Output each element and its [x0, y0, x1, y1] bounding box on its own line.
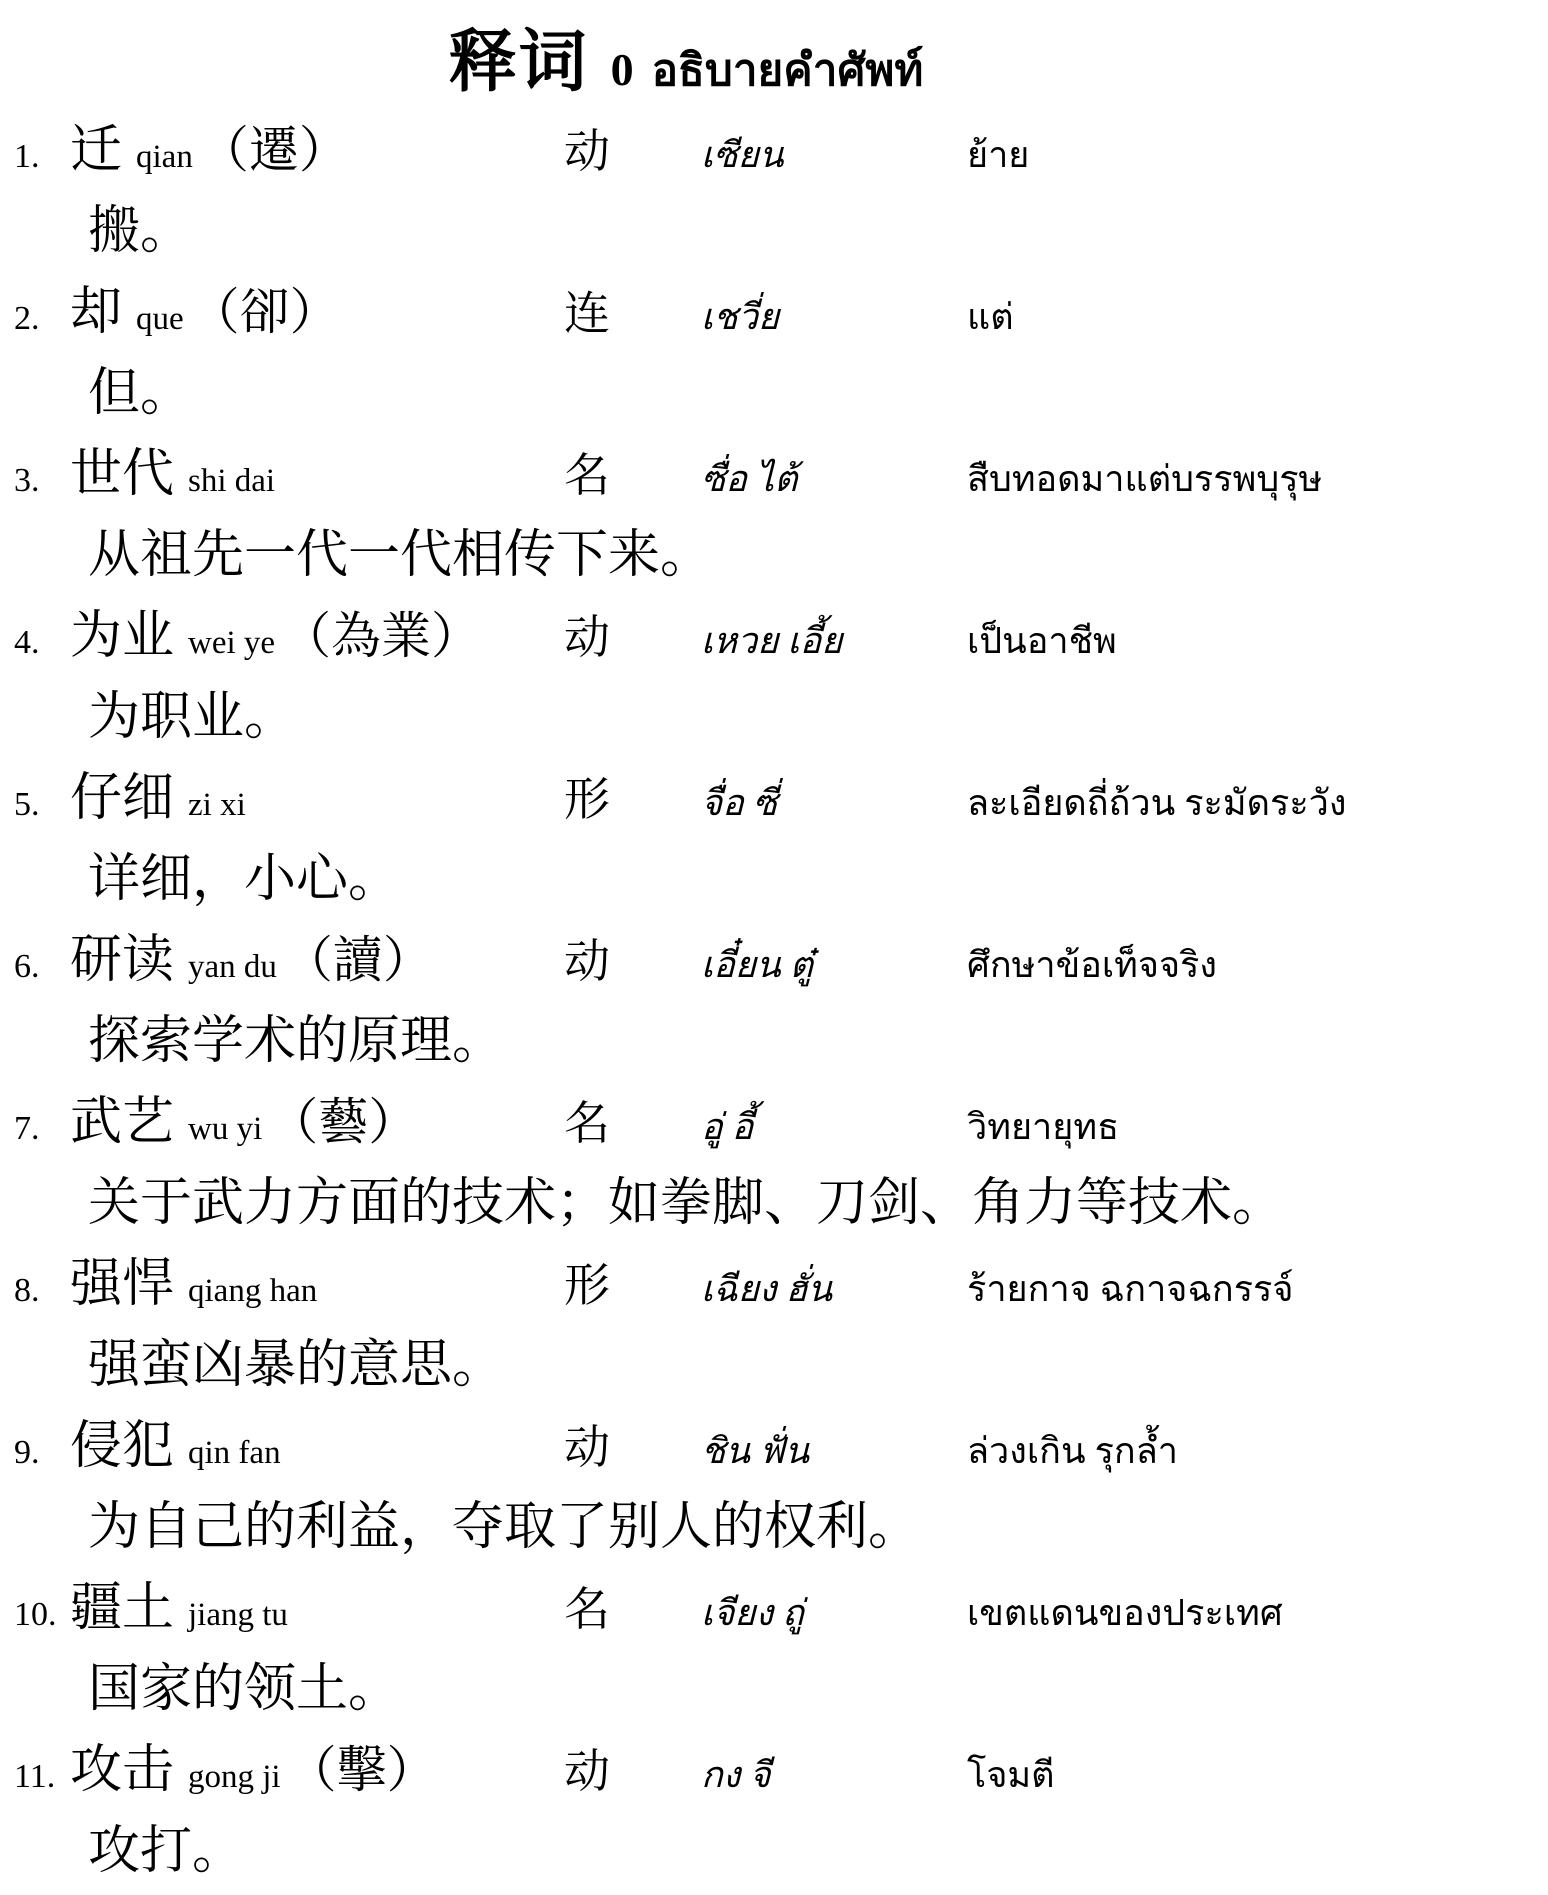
- entry-part-of-speech: 名: [564, 1098, 610, 1149]
- entry-thai-pronunciation: เซียน: [701, 135, 783, 175]
- entry-meaning-cell: สืบทอดมาแต่บรรพบุรุษ: [967, 439, 1322, 527]
- entry-word-cell: 9. 侵犯 qin fan: [14, 1406, 560, 1499]
- title-chinese: 释词: [449, 24, 589, 100]
- entry: 11. 攻击 gong ji （擊） 动 กง จี โจมตี 攻打。: [14, 1730, 1548, 1892]
- entry-number: 11.: [14, 1736, 66, 1817]
- entry: 5. 仔细 zi xi 形 จื่อ ซี่ ละเอียดถี่ถ้วน ระ…: [14, 758, 1548, 920]
- entry-definition-row: 详细，小心。: [14, 839, 1548, 920]
- entry-definition-row: 国家的领土。: [14, 1649, 1548, 1730]
- entry-traditional: （讀）: [283, 932, 433, 988]
- entry-definition-row: 强蛮凶暴的意思。: [14, 1325, 1548, 1406]
- entry-definition: 搬。: [88, 203, 192, 260]
- entry-definition-row: 为职业。: [14, 677, 1548, 758]
- entry-definition-row: 为自己的利益，夺取了别人的权利。: [14, 1487, 1548, 1568]
- entry-traditional: （為業）: [281, 608, 481, 664]
- entry-definition: 强蛮凶暴的意思。: [88, 1337, 504, 1394]
- entry-head-row: 9. 侵犯 qin fan 动 ชิน ฟั่น ล่วงเกิน รุกล้ำ: [14, 1406, 1548, 1487]
- entry-definition-row: 但。: [14, 353, 1548, 434]
- entry-part-of-speech: 形: [564, 1260, 610, 1311]
- entry-thai-meaning: เป็นอาชีพ: [967, 621, 1117, 661]
- entry-part-of-speech: 名: [564, 450, 610, 501]
- entry-pos-cell: 名: [564, 1083, 697, 1175]
- entry-thai-meaning: แต่: [967, 297, 1014, 337]
- entry: 9. 侵犯 qin fan 动 ชิน ฟั่น ล่วงเกิน รุกล้ำ…: [14, 1406, 1548, 1568]
- entry-thai-meaning: วิทยายุทธ: [967, 1107, 1119, 1147]
- entry-definition: 攻打。: [88, 1823, 244, 1880]
- entry-thai-pronunciation: จื่อ ซี่: [701, 783, 777, 823]
- entry-word: 疆土: [70, 1580, 174, 1637]
- entry-number: 9.: [14, 1412, 66, 1493]
- entry-pos-cell: 动: [564, 597, 697, 689]
- entry-head-row: 10. 疆土 jiang tu 名 เจียง ถู่ เขตแดนของประ…: [14, 1568, 1548, 1649]
- entry-traditional: （卻）: [190, 284, 340, 340]
- entry-thai-meaning: ละเอียดถี่ถ้วน ระมัดระวัง: [967, 783, 1346, 823]
- entry-number: 4.: [14, 602, 66, 683]
- entry-head-row: 4. 为业 wei ye （為業） 动 เหวย เอี้ย เป็นอาชีพ: [14, 596, 1548, 677]
- entry-thai-meaning: สืบทอดมาแต่บรรพบุรุษ: [967, 459, 1322, 499]
- entry-word: 却: [70, 284, 122, 341]
- entry-pinyin: yan du: [188, 949, 277, 985]
- entry-thai-meaning: ล่วงเกิน รุกล้ำ: [967, 1431, 1178, 1471]
- entry-definition: 为职业。: [88, 689, 296, 746]
- entry-word-cell: 7. 武艺 wu yi （藝）: [14, 1082, 560, 1175]
- entry-pron-cell: ชิน ฟั่น: [701, 1411, 963, 1499]
- entry-head-row: 11. 攻击 gong ji （擊） 动 กง จี โจมตี: [14, 1730, 1548, 1811]
- entry-number: 7.: [14, 1088, 66, 1169]
- title-number: 0: [611, 44, 634, 95]
- entry-word: 攻击: [70, 1742, 174, 1799]
- entry-pos-cell: 形: [564, 759, 697, 851]
- entry-pinyin: shi dai: [188, 463, 275, 499]
- entry-definition: 详细，小心。: [88, 851, 400, 908]
- entry-number: 5.: [14, 764, 66, 845]
- entry-thai-pronunciation: เจียง ถู่: [701, 1593, 804, 1633]
- entry-pinyin: wu yi: [188, 1111, 262, 1147]
- entry: 1. 迁 qian （遷） 动 เซียน ย้าย 搬。: [14, 110, 1548, 272]
- entry-pos-cell: 形: [564, 1245, 697, 1337]
- entry-head-row: 3. 世代 shi dai 名 ซื่อ ไต้ สืบทอดมาแต่บรรพ…: [14, 434, 1548, 515]
- entry-thai-pronunciation: อู่ อี้: [701, 1107, 753, 1147]
- entry-pron-cell: เหวย เอี้ย: [701, 601, 963, 689]
- entry-word: 侵犯: [70, 1418, 174, 1475]
- entry-meaning-cell: เขตแดนของประเทศ: [967, 1573, 1283, 1661]
- entry-meaning-cell: เป็นอาชีพ: [967, 601, 1117, 689]
- entry-word-cell: 5. 仔细 zi xi: [14, 758, 560, 851]
- entry-number: 6.: [14, 926, 66, 1007]
- glossary-page: 释词 0 อธิบายคำศัพท์ 1. 迁 qian （遷） 动 เซียน…: [0, 0, 1548, 1895]
- entry-meaning-cell: ศึกษาข้อเท็จจริง: [967, 925, 1217, 1013]
- entry-meaning-cell: ร้ายกาจ ฉกาจฉกรรจ์: [967, 1249, 1293, 1337]
- entry-part-of-speech: 动: [564, 126, 610, 177]
- entry-thai-meaning: เขตแดนของประเทศ: [967, 1593, 1283, 1633]
- entry-definition: 关于武力方面的技术；如拳脚、刀剑、角力等技术。: [88, 1175, 1284, 1232]
- entry-part-of-speech: 名: [564, 1584, 610, 1635]
- entry-definition: 探索学术的原理。: [88, 1013, 504, 1070]
- entry-word-cell: 11. 攻击 gong ji （擊）: [14, 1730, 560, 1823]
- entry-head-row: 7. 武艺 wu yi （藝） 名 อู่ อี้ วิทยายุทธ: [14, 1082, 1548, 1163]
- entry-number: 10.: [14, 1574, 66, 1655]
- entry-thai-meaning: ร้ายกาจ ฉกาจฉกรรจ์: [967, 1269, 1293, 1309]
- entry: 3. 世代 shi dai 名 ซื่อ ไต้ สืบทอดมาแต่บรรพ…: [14, 434, 1548, 596]
- entry-word-cell: 1. 迁 qian （遷）: [14, 110, 560, 203]
- entry-thai-pronunciation: ซื่อ ไต้: [701, 459, 798, 499]
- entry-definition-row: 搬。: [14, 191, 1548, 272]
- entry-thai-pronunciation: เหวย เอี้ย: [701, 621, 842, 661]
- entry: 4. 为业 wei ye （為業） 动 เหวย เอี้ย เป็นอาชีพ…: [14, 596, 1548, 758]
- entry-traditional: （藝）: [268, 1094, 418, 1150]
- entry: 10. 疆土 jiang tu 名 เจียง ถู่ เขตแดนของประ…: [14, 1568, 1548, 1730]
- entry-number: 8.: [14, 1250, 66, 1331]
- entry-head-row: 5. 仔细 zi xi 形 จื่อ ซี่ ละเอียดถี่ถ้วน ระ…: [14, 758, 1548, 839]
- entry-pos-cell: 动: [564, 921, 697, 1013]
- entry: 7. 武艺 wu yi （藝） 名 อู่ อี้ วิทยายุทธ 关于武力…: [14, 1082, 1548, 1244]
- entry-definition: 但。: [88, 365, 192, 422]
- entry-traditional: （遷）: [199, 122, 349, 178]
- entry-meaning-cell: ละเอียดถี่ถ้วน ระมัดระวัง: [967, 763, 1346, 851]
- entry-word-cell: 3. 世代 shi dai: [14, 434, 560, 527]
- entry-word-cell: 4. 为业 wei ye （為業）: [14, 596, 560, 689]
- entry-pos-cell: 动: [564, 1407, 697, 1499]
- entry-part-of-speech: 动: [564, 1422, 610, 1473]
- entry-word-cell: 2. 却 que （卻）: [14, 272, 560, 365]
- entry-word-cell: 6. 研读 yan du （讀）: [14, 920, 560, 1013]
- entry-thai-pronunciation: เชวี่ย: [701, 297, 779, 337]
- entry-word: 为业: [70, 608, 174, 665]
- entry-definition: 从祖先一代一代相传下来。: [88, 527, 712, 584]
- entry-pinyin: que: [136, 301, 184, 337]
- entry-pos-cell: 名: [564, 435, 697, 527]
- entry-pos-cell: 名: [564, 1569, 697, 1661]
- entry-thai-meaning: ย้าย: [967, 135, 1029, 175]
- entry-number: 1.: [14, 116, 66, 197]
- entry-definition: 国家的领土。: [88, 1661, 400, 1718]
- entry-pron-cell: ซื่อ ไต้: [701, 439, 963, 527]
- entry-pinyin: qiang han: [188, 1273, 317, 1309]
- entry-word: 强悍: [70, 1256, 174, 1313]
- entry-pron-cell: เจียง ถู่: [701, 1573, 963, 1661]
- entry-pinyin: wei ye: [188, 625, 275, 661]
- entry-definition-row: 探索学术的原理。: [14, 1001, 1548, 1082]
- entry-pron-cell: กง จี: [701, 1735, 963, 1823]
- entry-pron-cell: เอี๋ยน ตู๋: [701, 925, 963, 1013]
- entry-thai-pronunciation: เฉียง ฮั่น: [701, 1269, 832, 1309]
- entry-part-of-speech: 形: [564, 774, 610, 825]
- entry-word: 仔细: [70, 770, 174, 827]
- entry-definition-row: 从祖先一代一代相传下来。: [14, 515, 1548, 596]
- entry-definition: 为自己的利益，夺取了别人的权利。: [88, 1499, 920, 1556]
- entry-pos-cell: 动: [564, 1731, 697, 1823]
- entry-pinyin: zi xi: [188, 787, 246, 823]
- entry-list: 1. 迁 qian （遷） 动 เซียน ย้าย 搬。 2. 却 que: [14, 110, 1548, 1892]
- entry-meaning-cell: โจมตี: [967, 1735, 1055, 1823]
- entry-part-of-speech: 动: [564, 936, 610, 987]
- entry-pos-cell: 连: [564, 273, 697, 365]
- entry-pinyin: qin fan: [188, 1435, 281, 1471]
- entry-pron-cell: อู่ อี้: [701, 1087, 963, 1175]
- entry-thai-pronunciation: กง จี: [701, 1755, 770, 1795]
- entry-word-cell: 10. 疆土 jiang tu: [14, 1568, 560, 1661]
- entry-thai-meaning: ศึกษาข้อเท็จจริง: [967, 945, 1217, 985]
- entry-meaning-cell: วิทยายุทธ: [967, 1087, 1119, 1175]
- entry-thai-pronunciation: เอี๋ยน ตู๋: [701, 945, 813, 985]
- entry-word: 世代: [70, 446, 174, 503]
- entry-meaning-cell: แต่: [967, 277, 1014, 365]
- entry-pron-cell: เซียน: [701, 115, 963, 203]
- entry-head-row: 1. 迁 qian （遷） 动 เซียน ย้าย: [14, 110, 1548, 191]
- entry-pinyin: jiang tu: [188, 1597, 288, 1633]
- entry-word-cell: 8. 强悍 qiang han: [14, 1244, 560, 1337]
- entry-pos-cell: 动: [564, 111, 697, 203]
- entry-pron-cell: จื่อ ซี่: [701, 763, 963, 851]
- entry-thai-pronunciation: ชิน ฟั่น: [701, 1431, 809, 1471]
- entry-meaning-cell: ล่วงเกิน รุกล้ำ: [967, 1411, 1178, 1499]
- page-title: 释词 0 อธิบายคำศัพท์: [14, 14, 1548, 110]
- entry-word: 武艺: [70, 1094, 174, 1151]
- entry-definition-row: 攻打。: [14, 1811, 1548, 1892]
- entry-word: 研读: [70, 932, 174, 989]
- title-thai: อธิบายคำศัพท์: [652, 46, 924, 95]
- entry-part-of-speech: 动: [564, 612, 610, 663]
- entry-pinyin: gong ji: [188, 1759, 281, 1795]
- entry: 6. 研读 yan du （讀） 动 เอี๋ยน ตู๋ ศึกษาข้อเท…: [14, 920, 1548, 1082]
- entry-part-of-speech: 动: [564, 1746, 610, 1797]
- entry-meaning-cell: ย้าย: [967, 115, 1029, 203]
- entry-head-row: 2. 却 que （卻） 连 เชวี่ย แต่: [14, 272, 1548, 353]
- entry-part-of-speech: 连: [564, 288, 610, 339]
- entry-number: 2.: [14, 278, 66, 359]
- entry-definition-row: 关于武力方面的技术；如拳脚、刀剑、角力等技术。: [14, 1163, 1548, 1244]
- entry-pron-cell: เชวี่ย: [701, 277, 963, 365]
- entry: 8. 强悍 qiang han 形 เฉียง ฮั่น ร้ายกาจ ฉกา…: [14, 1244, 1548, 1406]
- entry-thai-meaning: โจมตี: [967, 1755, 1055, 1795]
- entry-number: 3.: [14, 440, 66, 521]
- entry: 2. 却 que （卻） 连 เชวี่ย แต่ 但。: [14, 272, 1548, 434]
- entry-traditional: （擊）: [287, 1742, 437, 1798]
- entry-word: 迁: [70, 122, 122, 179]
- entry-pinyin: qian: [136, 139, 193, 175]
- entry-pron-cell: เฉียง ฮั่น: [701, 1249, 963, 1337]
- entry-head-row: 8. 强悍 qiang han 形 เฉียง ฮั่น ร้ายกาจ ฉกา…: [14, 1244, 1548, 1325]
- entry-head-row: 6. 研读 yan du （讀） 动 เอี๋ยน ตู๋ ศึกษาข้อเท…: [14, 920, 1548, 1001]
